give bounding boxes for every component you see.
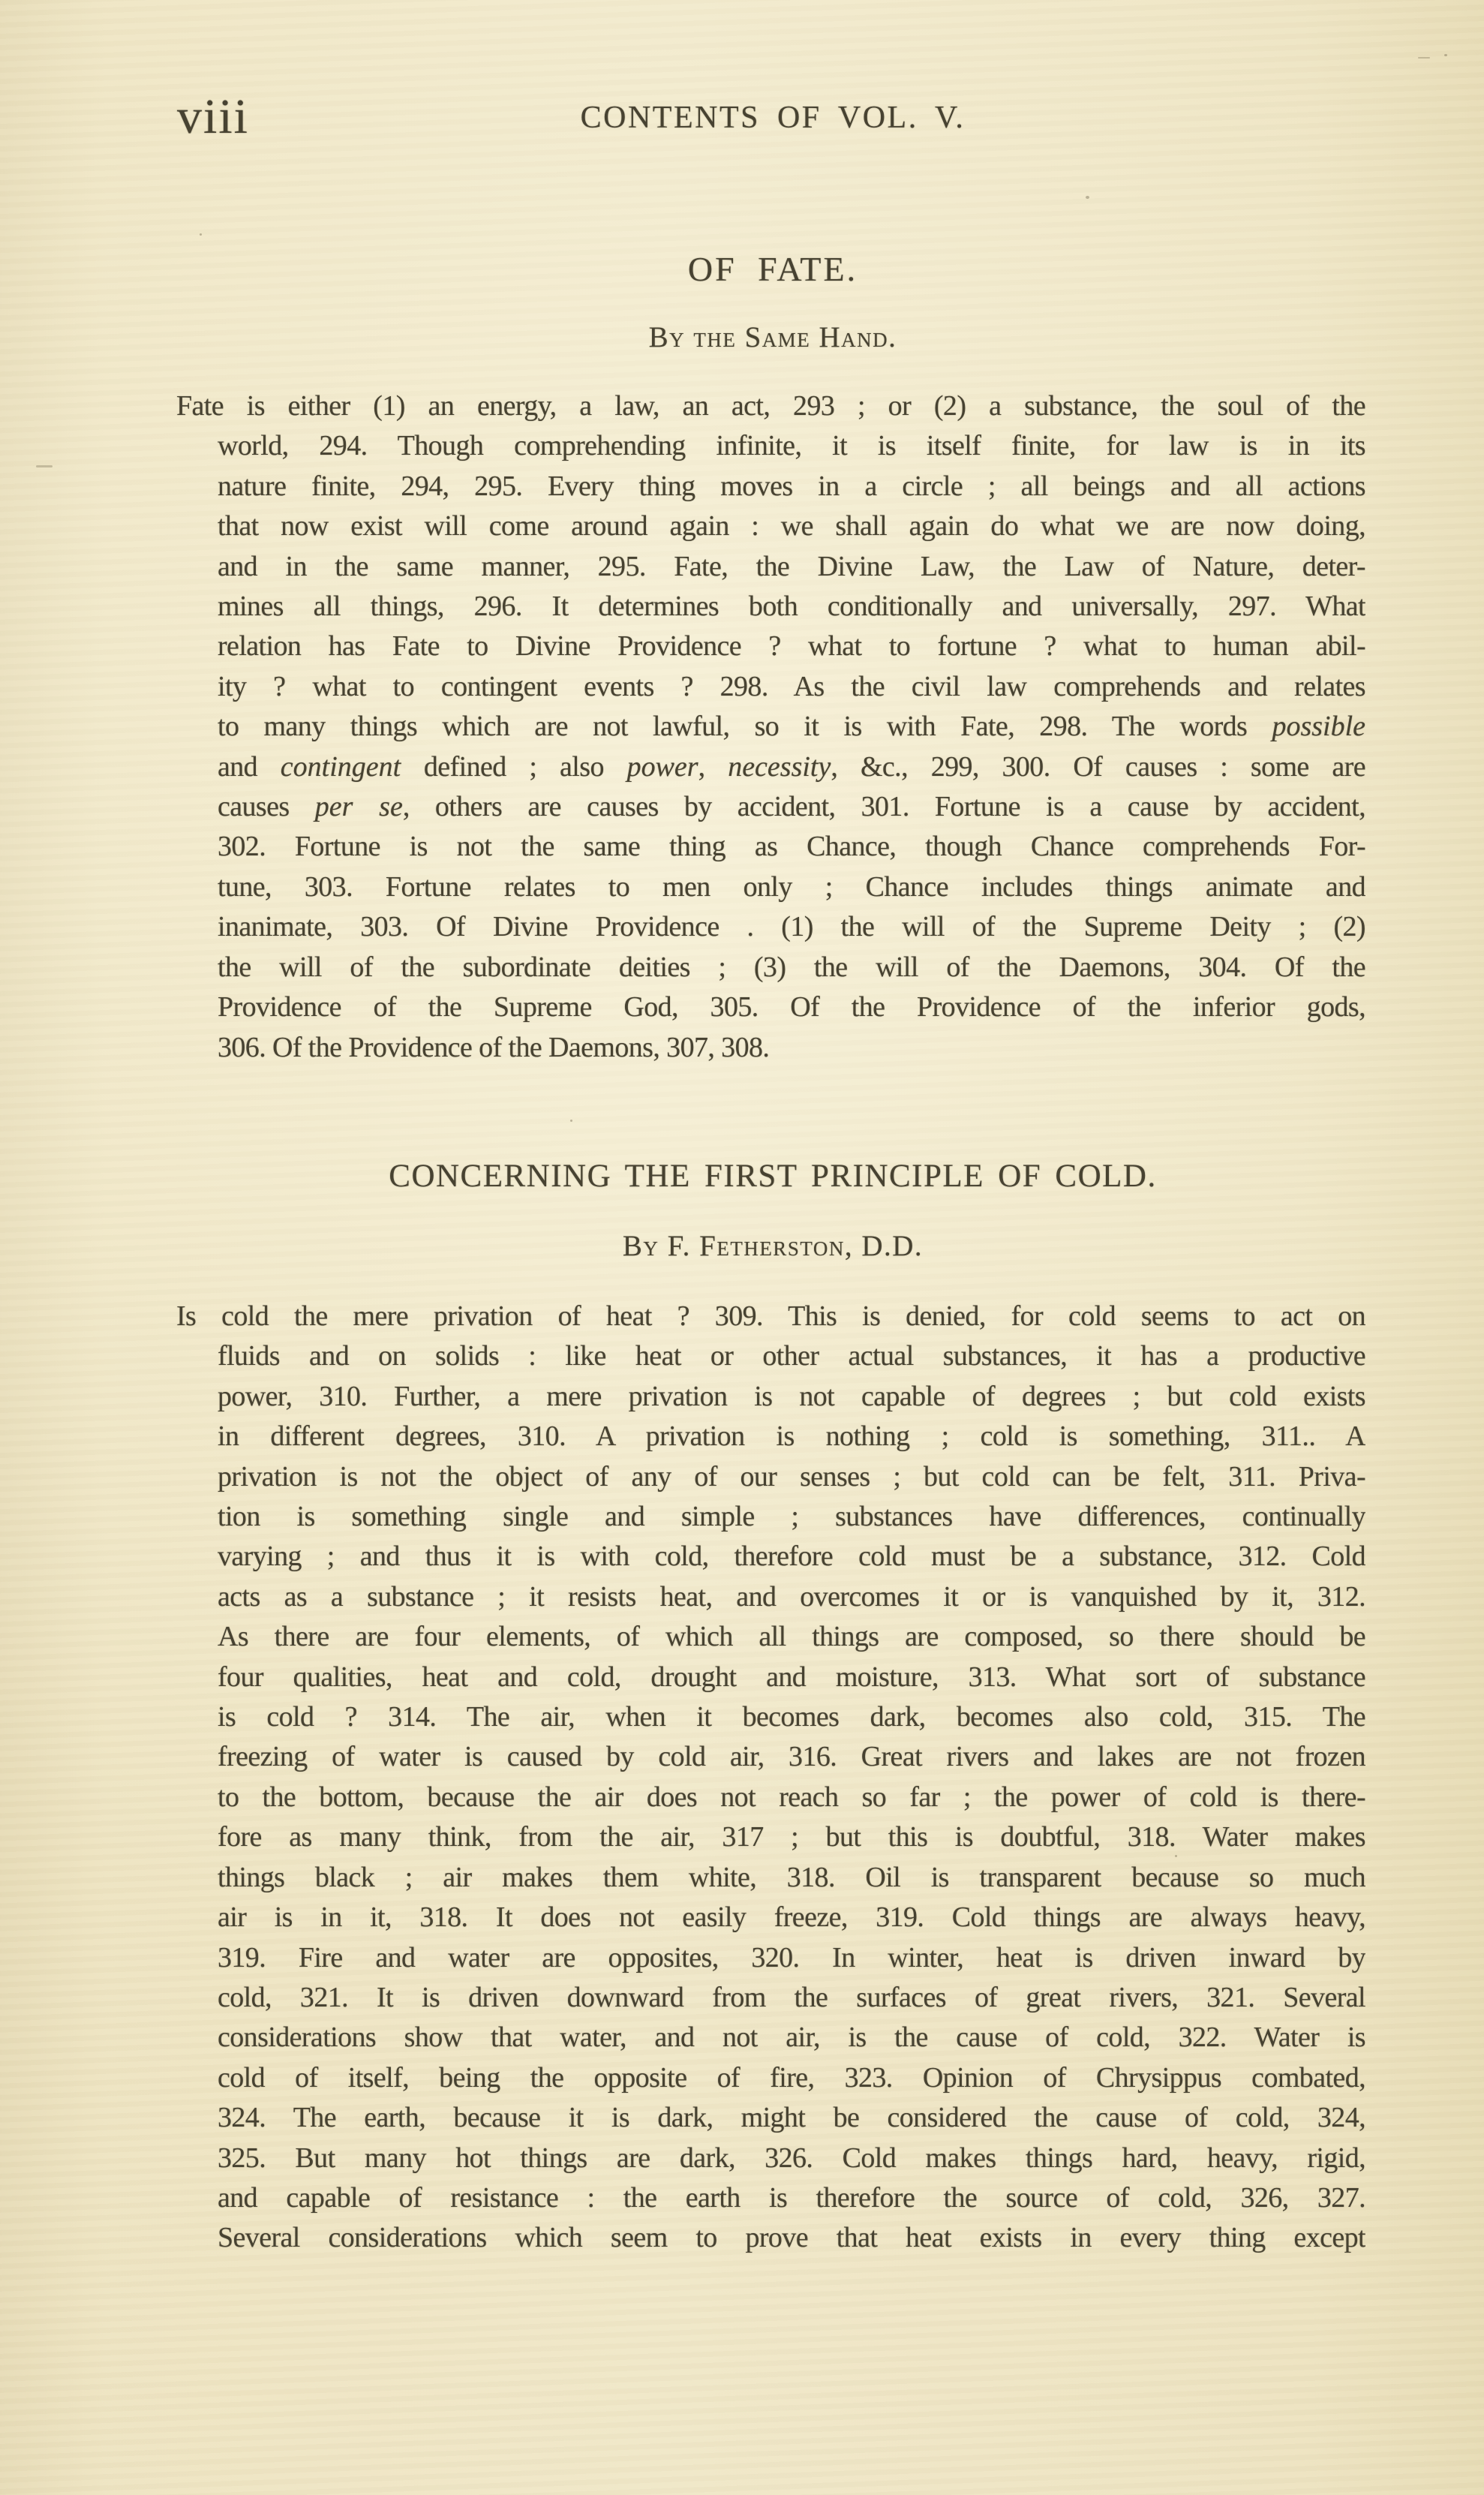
paper-speck (1232, 842, 1234, 844)
paper-speck (1444, 54, 1447, 56)
paragraph-line: 325. But many hot things are dark, 326. … (176, 2139, 1365, 2178)
paragraph-line: relation has Fate to Divine Providence ?… (176, 627, 1365, 666)
paper-speck (1175, 1855, 1177, 1857)
paper-speck (200, 233, 202, 236)
paragraph-line: power, 310. Further, a mere privation is… (176, 1377, 1365, 1417)
paragraph-line: and contingent defined ; also power, nec… (176, 747, 1365, 787)
section-summary-first-principle-of-cold: Is cold the mere privation of heat ? 309… (176, 1297, 1365, 2259)
paragraph-line: acts as a substance ; it resists heat, a… (176, 1577, 1365, 1617)
paragraph-line: Providence of the Supreme God, 305. Of t… (176, 987, 1365, 1027)
paragraph-line: that now exist will come around again : … (176, 507, 1365, 546)
section-summary-of-fate: Fate is either (1) an energy, a law, an … (176, 386, 1365, 1068)
section-byline-of-fate: By the Same Hand. (176, 323, 1369, 352)
section-title-of-fate: OF FATE. (176, 252, 1369, 287)
paragraph-line: varying ; and thus it is with cold, ther… (176, 1537, 1365, 1577)
paragraph-line: air is in it, 318. It does not easily fr… (176, 1898, 1365, 1937)
running-title: CONTENTS OF VOL. V. (176, 102, 1369, 134)
paragraph-line: world, 294. Though comprehending infinit… (176, 426, 1365, 466)
paragraph-line: mines all things, 296. It determines bot… (176, 587, 1365, 627)
paragraph-line: things black ; air makes them white, 318… (176, 1858, 1365, 1898)
paragraph-line: and in the same manner, 295. Fate, the D… (176, 547, 1365, 587)
paragraph-line: to many things which are not lawful, so … (176, 707, 1365, 747)
paragraph-line: tune, 303. Fortune relates to men only ;… (176, 867, 1365, 907)
paragraph-line: causes per se, others are causes by acci… (176, 787, 1365, 827)
paragraph-line: privation is not the object of any of ou… (176, 1457, 1365, 1497)
paragraph-line: 306. Of the Providence of the Daemons, 3… (176, 1028, 1365, 1068)
paragraph-line: ity ? what to contingent events ? 298. A… (176, 667, 1365, 707)
paragraph-line: Fate is either (1) an energy, a law, an … (176, 386, 1365, 426)
paragraph-line: tion is something single and simple ; su… (176, 1497, 1365, 1537)
paragraph-line: in different degrees, 310. A privation i… (176, 1417, 1365, 1456)
paragraph-line: fluids and on solids : like heat or othe… (176, 1336, 1365, 1376)
paragraph-line: Several considerations which seem to pro… (176, 2218, 1365, 2258)
paragraph-line: inanimate, 303. Of Divine Providence . (… (176, 907, 1365, 947)
paragraph-line: As there are four elements, of which all… (176, 1617, 1365, 1657)
paragraph-line: cold, 321. It is driven downward from th… (176, 1978, 1365, 2018)
paragraph-line: is cold ? 314. The air, when it becomes … (176, 1697, 1365, 1737)
paper-mark (36, 465, 53, 467)
paper-speck (1086, 196, 1089, 199)
paragraph-line: cold of itself, being the opposite of fi… (176, 2058, 1365, 2098)
paper-mark (1418, 57, 1430, 59)
paragraph-line: nature finite, 294, 295. Every thing mov… (176, 467, 1365, 507)
paragraph-line: 324. The earth, because it is dark, migh… (176, 2098, 1365, 2138)
paragraph-line: 302. Fortune is not the same thing as Ch… (176, 827, 1365, 867)
paper-speck (570, 1120, 572, 1122)
paragraph-line: four qualities, heat and cold, drought a… (176, 1658, 1365, 1697)
paragraph-line: to the bottom, because the air does not … (176, 1778, 1365, 1817)
paragraph-line: Is cold the mere privation of heat ? 309… (176, 1297, 1365, 1336)
paragraph-line: the will of the subordinate deities ; (3… (176, 948, 1365, 987)
paragraph-line: fore as many think, from the air, 317 ; … (176, 1817, 1365, 1857)
paragraph-line: freezing of water is caused by cold air,… (176, 1737, 1365, 1777)
section-title-first-principle-of-cold: CONCERNING THE FIRST PRINCIPLE OF COLD. (176, 1160, 1369, 1192)
paragraph-line: 319. Fire and water are opposites, 320. … (176, 1938, 1365, 1978)
book-page: { "page": { "page_number": "viii", "runn… (0, 0, 1484, 2495)
section-byline-first-principle-of-cold: By F. Fetherston, D.D. (176, 1231, 1369, 1261)
paragraph-line: and capable of resistance : the earth is… (176, 2178, 1365, 2218)
paragraph-line: considerations show that water, and not … (176, 2018, 1365, 2058)
